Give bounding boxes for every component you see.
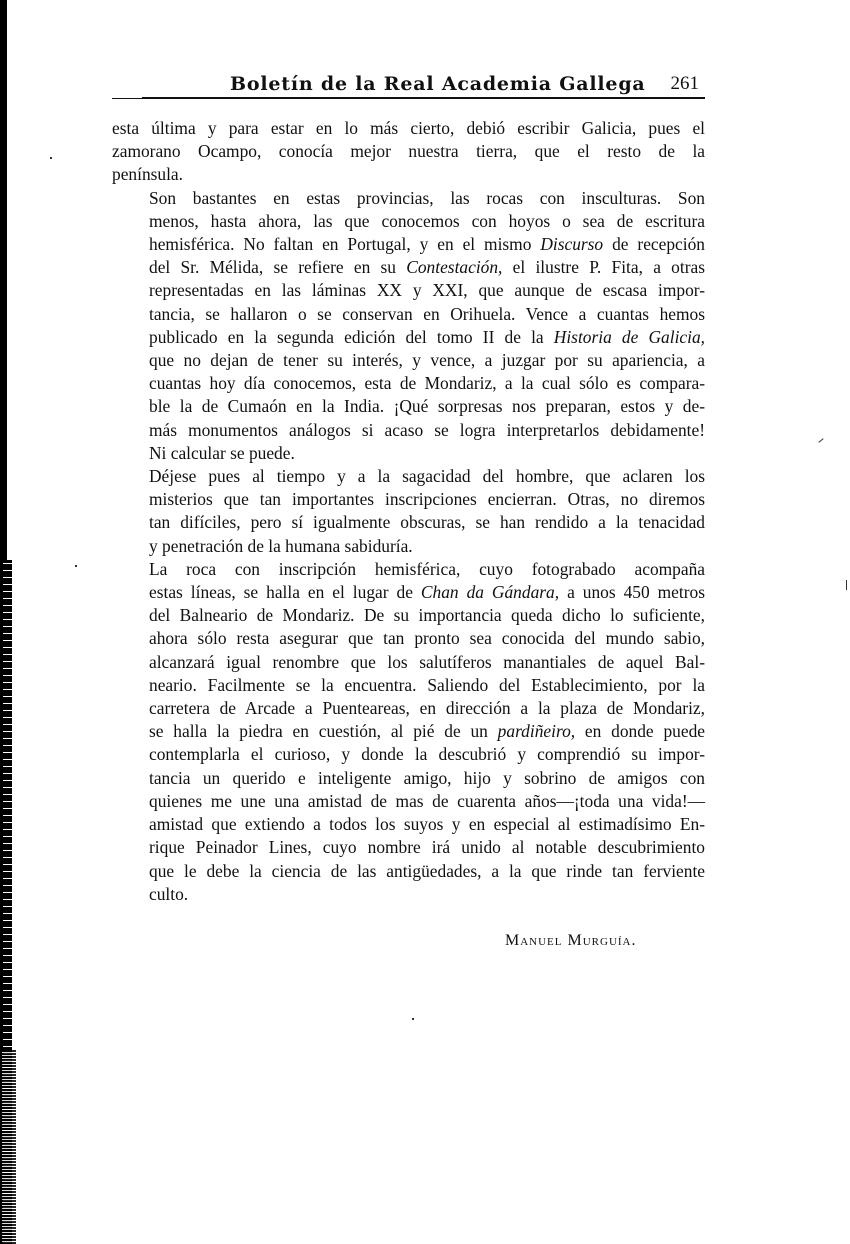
running-title: Boletín de la Real Academia Gallega xyxy=(230,73,646,95)
page-number: 261 xyxy=(671,73,700,95)
text-line: hemisférica. No faltan en Portugal, y en… xyxy=(112,233,705,256)
text-line: tan difíciles, pero sí igualmente obscur… xyxy=(112,511,705,534)
article-body: esta última y para estar en lo más ciert… xyxy=(112,117,705,906)
scan-binding-shadow-bottom xyxy=(2,1050,16,1244)
text-line: representadas en las láminas XX y XXI, q… xyxy=(112,279,705,302)
text-line: publicado en la segunda edición del tomo… xyxy=(112,326,705,349)
scan-speck xyxy=(846,580,847,590)
header-rule-gap xyxy=(112,97,142,98)
text-line: que no dejan de tener su interés, y venc… xyxy=(112,349,705,372)
text-line: se halla la piedra en cuestión, al pié d… xyxy=(112,720,705,743)
scan-speck xyxy=(75,565,77,567)
paragraph-3: Déjese pues al tiempo y a la sagacidad d… xyxy=(112,465,705,558)
text-line: menos, hasta ahora, las que conocemos co… xyxy=(112,210,705,233)
text-line: misterios que tan importantes inscripcio… xyxy=(112,488,705,511)
text-line: esta última y para estar en lo más ciert… xyxy=(112,117,705,140)
text-line: ahora sólo resta asegurar que tan pronto… xyxy=(112,627,705,650)
text-line: cuantas hoy día conocemos, esta de Monda… xyxy=(112,372,705,395)
page-header: Boletín de la Real Academia Gallega 261 xyxy=(112,70,705,100)
scan-speck xyxy=(412,1018,414,1020)
text-line: amistad que extiendo a todos los suyos y… xyxy=(112,813,705,836)
scan-speck xyxy=(50,157,52,159)
scan-speck xyxy=(818,438,823,443)
header-rule xyxy=(112,97,705,99)
paragraph-2: Son bastantes en estas provincias, las r… xyxy=(112,187,705,465)
paragraph-4: La roca con inscripción hemisférica, cuy… xyxy=(112,558,705,906)
text-line: que le debe la ciencia de las antigüedad… xyxy=(112,860,705,883)
text-line: Son bastantes en estas provincias, las r… xyxy=(112,187,705,210)
text-line: más monumentos análogos si acaso se logr… xyxy=(112,419,705,442)
text-line: neario. Facilmente se la encuentra. Sali… xyxy=(112,674,705,697)
text-line: del Sr. Mélida, se refiere en su Contest… xyxy=(112,256,705,279)
text-line: carretera de Arcade a Puenteareas, en di… xyxy=(112,697,705,720)
text-line: alcanzará igual renombre que los salutíf… xyxy=(112,651,705,674)
text-line: zamorano Ocampo, conocía mejor nuestra t… xyxy=(112,140,705,163)
text-line: La roca con inscripción hemisférica, cuy… xyxy=(112,558,705,581)
text-line: península. xyxy=(112,163,705,186)
text-line: estas líneas, se halla en el lugar de Ch… xyxy=(112,581,705,604)
author-signature: Manuel Murguía. xyxy=(505,932,637,950)
text-line: quienes me une una amistad de mas de cua… xyxy=(112,790,705,813)
text-line: tancia un querido e inteligente amigo, h… xyxy=(112,767,705,790)
text-line: tancia, se hallaron o se conservan en Or… xyxy=(112,303,705,326)
text-line: rique Peinador Lines, cuyo nombre irá un… xyxy=(112,836,705,859)
text-line: y penetración de la humana sabiduría. xyxy=(112,535,705,558)
text-line: contemplarla el curioso, y donde la desc… xyxy=(112,743,705,766)
text-line: del Balneario de Mondariz. De su importa… xyxy=(112,604,705,627)
text-line: culto. xyxy=(112,883,705,906)
text-line: Ni calcular se puede. xyxy=(112,442,705,465)
text-line: ble la de Cumaón en la India. ¡Qué sorpr… xyxy=(112,395,705,418)
paragraph-1: esta última y para estar en lo más ciert… xyxy=(112,117,705,187)
text-line: Déjese pues al tiempo y a la sagacidad d… xyxy=(112,465,705,488)
